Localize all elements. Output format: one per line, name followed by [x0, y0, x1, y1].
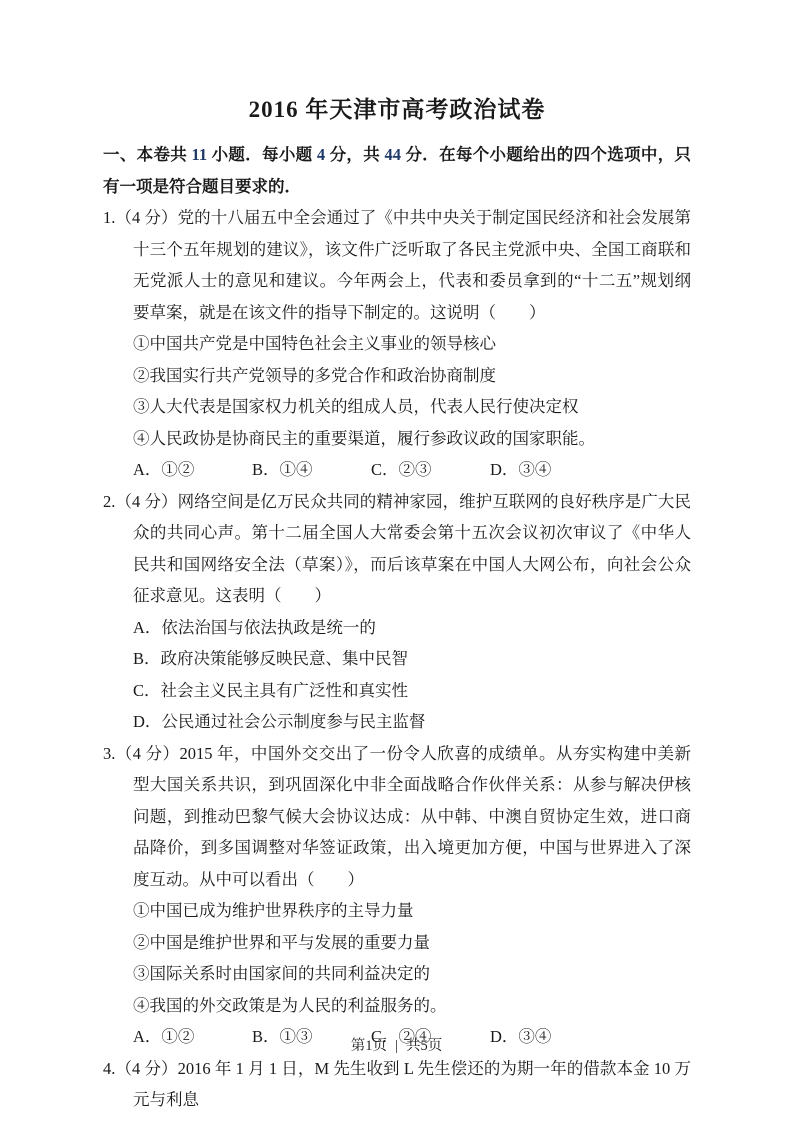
question-3: 3.（4 分）2015 年，中国外交交出了一份令人欣喜的成绩单。从夯实构建中美新…: [103, 738, 691, 1053]
page-title: 2016 年天津市高考政治试卷: [103, 0, 691, 125]
question-2-choice-c: C．社会主义民主具有广泛性和真实性: [103, 675, 691, 707]
section-text-part: 分，共: [325, 145, 384, 164]
section-text-part: 小题．每小题: [207, 145, 317, 164]
question-2-choice-a: A．依法治国与依法执政是统一的: [103, 612, 691, 644]
question-1-subitem-3: ③人大代表是国家权力机关的组成人员，代表人民行使决定权: [103, 391, 691, 423]
section-points-each: 4: [317, 145, 325, 164]
section-text-part: 一、本卷共: [103, 145, 192, 164]
question-1-stem: 1.（4 分）党的十八届五中全会通过了《中共中央关于制定国民经济和社会发展第十三…: [103, 202, 691, 328]
question-1-choices: A．①② B．①④ C．②③ D．③④: [103, 454, 691, 486]
footer-separator: |: [387, 1038, 406, 1054]
page-content: 2016 年天津市高考政治试卷 一、本卷共 11 小题．每小题 4 分，共 44…: [0, 0, 793, 1116]
question-1: 1.（4 分）党的十八届五中全会通过了《中共中央关于制定国民经济和社会发展第十三…: [103, 202, 691, 486]
question-2: 2.（4 分）网络空间是亿万民众共同的精神家园，维护互联网的良好秩序是广大民众的…: [103, 486, 691, 738]
section-points-total: 44: [385, 145, 402, 164]
question-1-subitem-1: ①中国共产党是中国特色社会主义事业的领导核心: [103, 328, 691, 360]
question-3-subitem-1: ①中国已成为维护世界秩序的主导力量: [103, 895, 691, 927]
page-footer: 第1页|共5页: [0, 1034, 793, 1055]
question-1-choice-c: C．②③: [371, 454, 490, 486]
question-4-stem: 4.（4 分）2016 年 1 月 1 日，M 先生收到 L 先生偿还的为期一年…: [103, 1053, 691, 1116]
question-1-subitem-2: ②我国实行共产党领导的多党合作和政治协商制度: [103, 360, 691, 392]
section-instructions: 一、本卷共 11 小题．每小题 4 分，共 44 分．在每个小题给出的四个选项中…: [103, 139, 691, 202]
question-3-stem: 3.（4 分）2015 年，中国外交交出了一份令人欣喜的成绩单。从夯实构建中美新…: [103, 738, 691, 896]
question-1-choice-a: A．①②: [133, 454, 252, 486]
section-question-count: 11: [192, 145, 208, 164]
question-3-subitem-3: ③国际关系时由国家间的共同利益决定的: [103, 958, 691, 990]
question-1-choice-b: B．①④: [252, 454, 371, 486]
question-1-subitem-4: ④人民政协是协商民主的重要渠道，履行参政议政的国家职能。: [103, 423, 691, 455]
question-2-stem: 2.（4 分）网络空间是亿万民众共同的精神家园，维护互联网的良好秩序是广大民众的…: [103, 486, 691, 612]
question-1-choice-d: D．③④: [490, 454, 609, 486]
exam-paper-page: 2016 年天津市高考政治试卷 一、本卷共 11 小题．每小题 4 分，共 44…: [0, 0, 793, 1122]
question-2-choice-b: B．政府决策能够反映民意、集中民智: [103, 643, 691, 675]
question-3-subitem-4: ④我国的外交政策是为人民的利益服务的。: [103, 990, 691, 1022]
footer-total-pages: 共5页: [406, 1038, 442, 1054]
footer-current-page: 第1页: [351, 1038, 387, 1054]
question-4: 4.（4 分）2016 年 1 月 1 日，M 先生收到 L 先生偿还的为期一年…: [103, 1053, 691, 1116]
question-3-subitem-2: ②中国是维护世界和平与发展的重要力量: [103, 927, 691, 959]
question-2-choice-d: D．公民通过社会公示制度参与民主监督: [103, 706, 691, 738]
